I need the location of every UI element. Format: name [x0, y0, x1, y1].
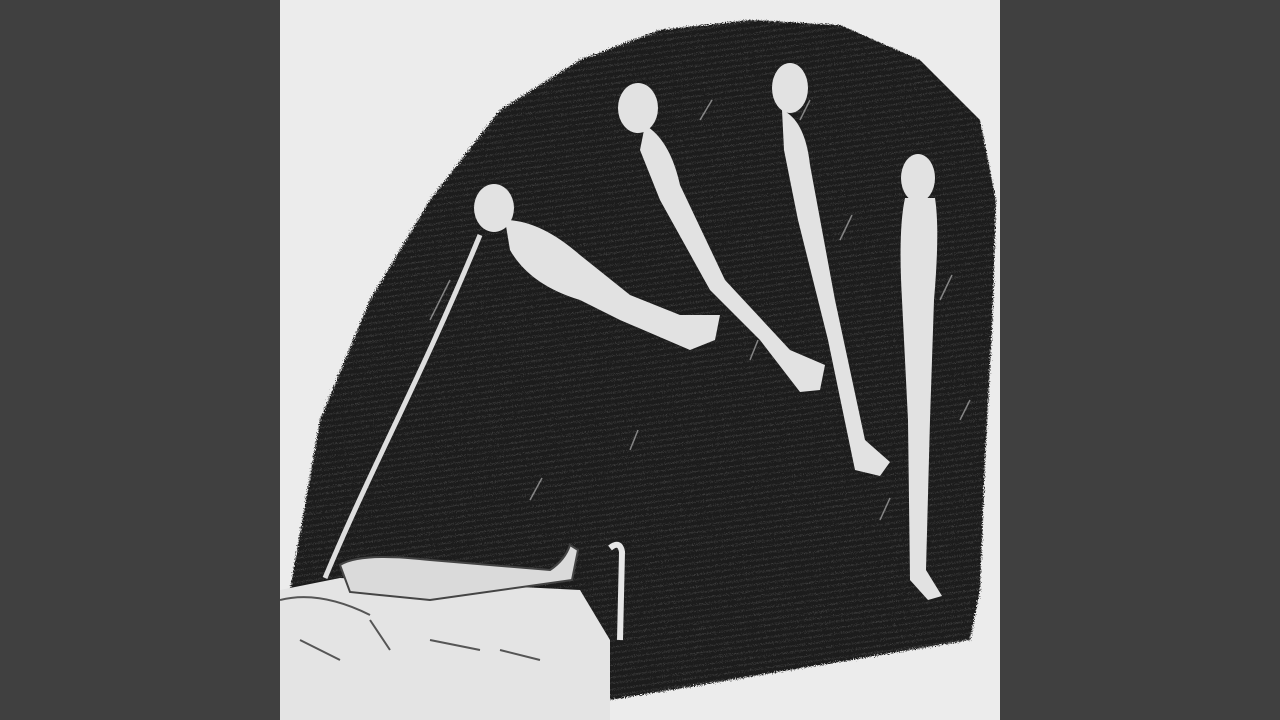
- letterbox-right: [1000, 0, 1280, 720]
- illustration: [280, 0, 1000, 720]
- etching-canvas: [280, 0, 1000, 720]
- letterbox-left: [0, 0, 280, 720]
